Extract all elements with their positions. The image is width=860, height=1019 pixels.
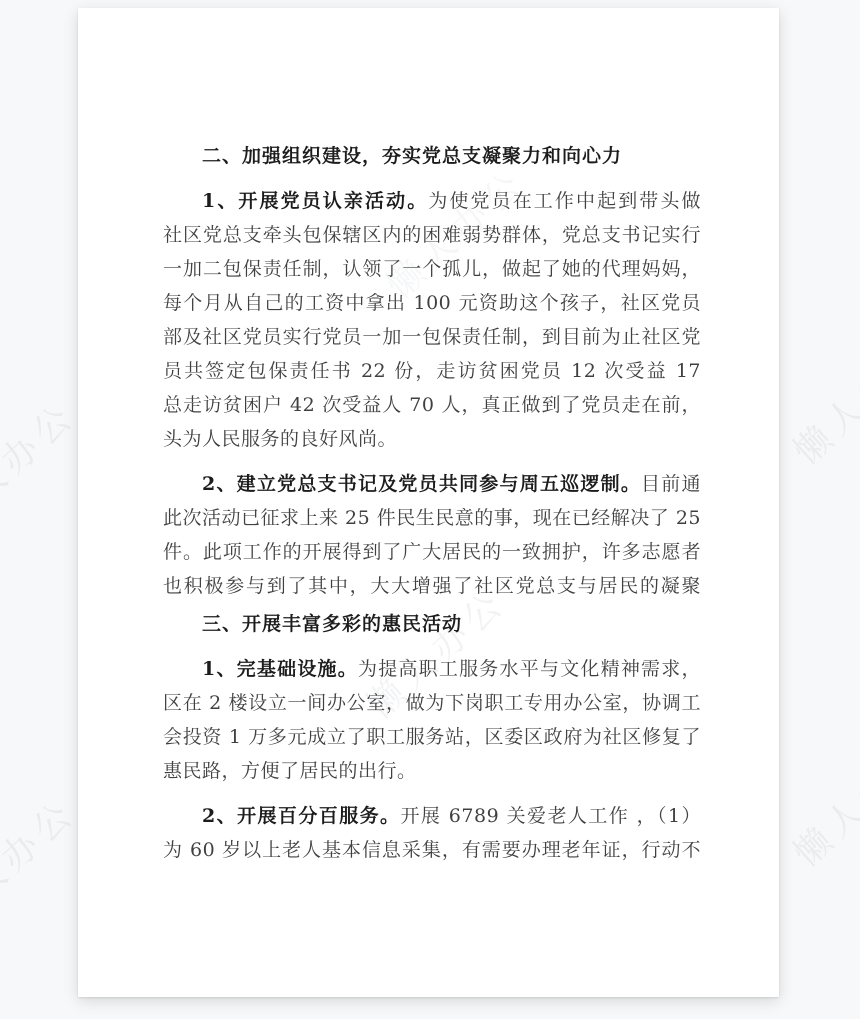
watermark: 懒人办公 [781, 321, 860, 474]
watermark: 懒人办公 [0, 785, 86, 938]
watermark-layer: 懒人办公 懒人办公 懒人办公 懒人办公 懒人办公 懒人办公 [0, 0, 860, 1019]
watermark: 懒人办公 [0, 388, 86, 541]
watermark: 懒人办公 [374, 155, 536, 308]
watermark: 懒人办公 [781, 723, 860, 876]
app-canvas: { "style": { "canvas_background": "#f7f8… [0, 0, 860, 1019]
watermark: 懒人办公 [354, 575, 516, 728]
